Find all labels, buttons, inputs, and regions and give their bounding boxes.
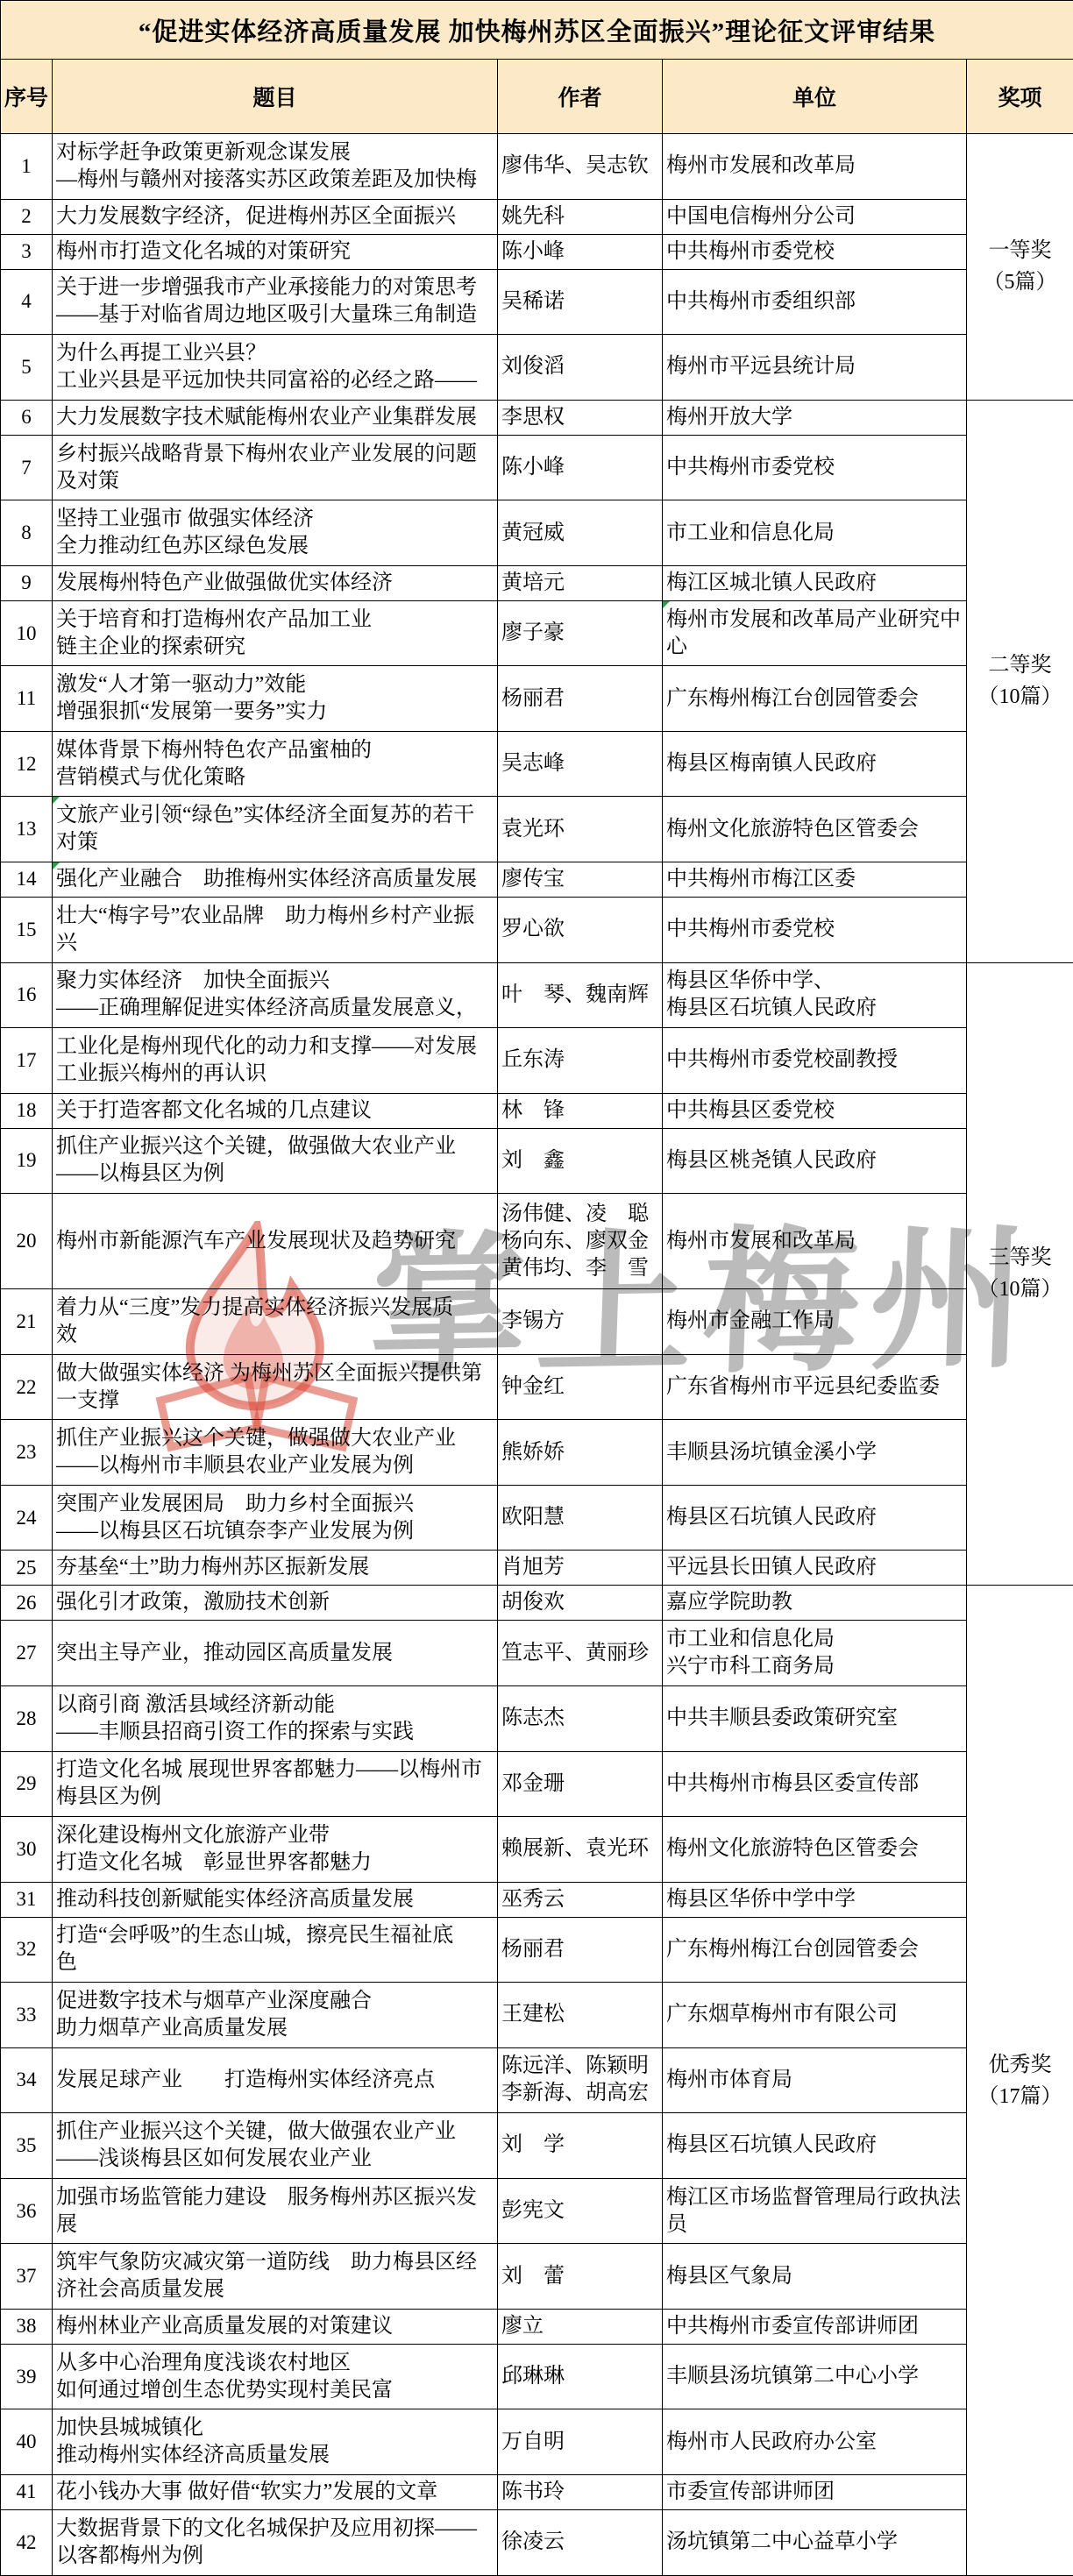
essay-title-cell: 做大做强实体经济 为梅州苏区全面振兴提供第 一支撑 xyxy=(53,1354,498,1420)
essay-title-cell: 关于培育和打造梅州农产品加工业 链主企业的探索研究 xyxy=(53,600,498,666)
author-cell: 吴志峰 xyxy=(498,731,663,797)
essay-title-cell: 突出主导产业，推动园区高质量发展 xyxy=(53,1621,498,1686)
col-header-title: 题目 xyxy=(53,60,498,134)
unit-cell: 中共梅州市委党校 xyxy=(663,234,967,269)
author-cell: 肖旭芳 xyxy=(498,1551,663,1586)
author-cell: 胡俊欢 xyxy=(498,1586,663,1621)
award-cell: 一等奖 （5篇） xyxy=(967,134,1073,401)
author-cell: 陈远洋、陈颖明 李新海、胡高宏 xyxy=(498,2047,663,2113)
table-row: 6大力发展数字技术赋能梅州农业产业集群发展李思权梅州开放大学二等奖 （10篇） xyxy=(1,400,1073,435)
award-cell: 二等奖 （10篇） xyxy=(967,400,1073,962)
author-cell: 巫秀云 xyxy=(498,1882,663,1917)
row-index-cell: 41 xyxy=(1,2474,53,2509)
unit-cell: 广东梅州梅江台创园管委会 xyxy=(663,1917,967,1983)
essay-title-cell: 以商引商 激活县域经济新动能 ——丰顺县招商引资工作的探索与实践 xyxy=(53,1685,498,1751)
unit-cell: 市委宣传部讲师团 xyxy=(663,2474,967,2509)
essay-title-cell: 乡村振兴战略背景下梅州农业产业发展的问题 及对策 xyxy=(53,435,498,500)
essay-title-cell: 强化产业融合 助推梅州实体经济高质量发展 xyxy=(53,862,498,897)
unit-cell: 广东烟草梅州市有限公司 xyxy=(663,1983,967,2048)
essay-title-cell: 激发“人才第一驱动力”效能 增强狠抓“发展第一要务”实力 xyxy=(53,666,498,732)
award-cell: 优秀奖 （17篇） xyxy=(967,1586,1073,2576)
essay-title-cell: 从多中心治理角度浅谈农村地区 如何通过增创生态优势实现村美民富 xyxy=(53,2344,498,2409)
essay-title-cell: 媒体背景下梅州特色农产品蜜柚的 营销模式与优化策略 xyxy=(53,731,498,797)
header-row: 序号 题目 作者 单位 奖项 xyxy=(1,60,1073,134)
author-cell: 徐凌云 xyxy=(498,2509,663,2575)
author-cell: 廖子豪 xyxy=(498,600,663,666)
unit-cell: 梅州市人民政府办公室 xyxy=(663,2409,967,2475)
row-index-cell: 13 xyxy=(1,797,53,862)
col-header-unit: 单位 xyxy=(663,60,967,134)
essay-title-cell: 花小钱办大事 做好借“软实力”发展的文章 xyxy=(53,2474,498,2509)
table-row: 28以商引商 激活县域经济新动能 ——丰顺县招商引资工作的探索与实践陈志杰中共丰… xyxy=(1,1685,1073,1751)
row-index-cell: 17 xyxy=(1,1028,53,1094)
essay-title-cell: 梅州林业产业高质量发展的对策建议 xyxy=(53,2309,498,2344)
author-cell: 吴稀诺 xyxy=(498,269,663,335)
row-index-cell: 18 xyxy=(1,1093,53,1128)
essay-title-cell: 打造“会呼吸”的生态山城，擦亮民生福祉底 色 xyxy=(53,1917,498,1983)
unit-cell: 梅州文化旅游特色区管委会 xyxy=(663,1817,967,1883)
row-index-cell: 16 xyxy=(1,962,53,1028)
col-header-author: 作者 xyxy=(498,60,663,134)
unit-cell: 梅州开放大学 xyxy=(663,400,967,435)
essay-title-cell: 聚力实体经济 加快全面振兴 ——正确理解促进实体经济高质量发展意义， xyxy=(53,962,498,1028)
essay-title-cell: 抓住产业振兴这个关键，做强做大农业产业 ——以梅州市丰顺县农业产业发展为例 xyxy=(53,1420,498,1486)
row-index-cell: 37 xyxy=(1,2244,53,2310)
row-index-cell: 23 xyxy=(1,1420,53,1486)
table-row: 20梅州市新能源汽车产业发展现状及趋势研究汤伟健、凌 聪 杨向东、廖双金 黄伟均… xyxy=(1,1194,1073,1289)
unit-cell: 广东梅州梅江台创园管委会 xyxy=(663,666,967,732)
table-row: 10关于培育和打造梅州农产品加工业 链主企业的探索研究廖子豪梅州市发展和改革局产… xyxy=(1,600,1073,666)
unit-cell: 梅县区梅南镇人民政府 xyxy=(663,731,967,797)
table-row: 21着力从“三度”发力提高实体经济振兴发展质 效李锡方梅州市金融工作局 xyxy=(1,1289,1073,1355)
row-index-cell: 31 xyxy=(1,1882,53,1917)
essay-title-cell: 工业化是梅州现代化的动力和支撑——对发展 工业振兴梅州的再认识 xyxy=(53,1028,498,1094)
row-index-cell: 30 xyxy=(1,1817,53,1883)
author-cell: 笪志平、黄丽珍 xyxy=(498,1621,663,1686)
unit-cell: 梅州市发展和改革局产业研究中心 xyxy=(663,600,967,666)
row-index-cell: 33 xyxy=(1,1983,53,2048)
row-index-cell: 10 xyxy=(1,600,53,666)
table-row: 13文旅产业引领“绿色”实体经济全面复苏的若干对策袁光环梅州文化旅游特色区管委会 xyxy=(1,797,1073,862)
table-row: 29打造文化名城 展现世界客都魅力——以梅州市 梅县区为例邓金珊中共梅州市梅县区… xyxy=(1,1751,1073,1817)
table-row: 42大数据背景下的文化名城保护及应用初探—— 以客都梅州为例徐凌云汤坑镇第二中心… xyxy=(1,2509,1073,2575)
table-row: 33促进数字技术与烟草产业深度融合 助力烟草产业高质量发展王建松广东烟草梅州市有… xyxy=(1,1983,1073,2048)
author-cell: 陈小峰 xyxy=(498,435,663,500)
unit-cell: 丰顺县汤坑镇金溪小学 xyxy=(663,1420,967,1486)
essay-title-cell: 为什么再提工业兴县？ 工业兴县是平远加快共同富裕的必经之路—— xyxy=(53,335,498,401)
table-row: 31推动科技创新赋能实体经济高质量发展巫秀云梅县区华侨中学中学 xyxy=(1,1882,1073,1917)
author-cell: 丘东涛 xyxy=(498,1028,663,1094)
unit-cell: 梅州市金融工作局 xyxy=(663,1289,967,1355)
author-cell: 黄冠威 xyxy=(498,500,663,566)
essay-title-cell: 发展梅州特色产业做强做优实体经济 xyxy=(53,565,498,600)
results-table: “促进实体经济高质量发展 加快梅州苏区全面振兴”理论征文评审结果 序号 题目 作… xyxy=(0,0,1073,2576)
author-cell: 欧阳慧 xyxy=(498,1485,663,1551)
author-cell: 林 锋 xyxy=(498,1093,663,1128)
essay-title-cell: 梅州市打造文化名城的对策研究 xyxy=(53,234,498,269)
essay-title-cell: 文旅产业引领“绿色”实体经济全面复苏的若干对策 xyxy=(53,797,498,862)
table-row: 32打造“会呼吸”的生态山城，擦亮民生福祉底 色杨丽君广东梅州梅江台创园管委会 xyxy=(1,1917,1073,1983)
table-row: 18关于打造客都文化名城的几点建议林 锋中共梅县区委党校 xyxy=(1,1093,1073,1128)
author-cell: 廖伟华、吴志钦 xyxy=(498,134,663,200)
title-row: “促进实体经济高质量发展 加快梅州苏区全面振兴”理论征文评审结果 xyxy=(1,1,1073,60)
essay-title-cell: 发展足球产业 打造梅州实体经济亮点 xyxy=(53,2047,498,2113)
table-row: 23抓住产业振兴这个关键，做强做大农业产业 ——以梅州市丰顺县农业产业发展为例熊… xyxy=(1,1420,1073,1486)
unit-cell: 丰顺县汤坑镇第二中心小学 xyxy=(663,2344,967,2409)
table-row: 3梅州市打造文化名城的对策研究陈小峰中共梅州市委党校 xyxy=(1,234,1073,269)
unit-cell: 梅县区华侨中学中学 xyxy=(663,1882,967,1917)
table-row: 4关于进一步增强我市产业承接能力的对策思考 ——基于对临省周边地区吸引大量珠三角… xyxy=(1,269,1073,335)
essay-title-cell: 抓住产业振兴这个关键，做强做大农业产业 ——以梅县区为例 xyxy=(53,1128,498,1194)
unit-cell: 嘉应学院助教 xyxy=(663,1586,967,1621)
row-index-cell: 15 xyxy=(1,898,53,963)
essay-title-cell: 加强市场监管能力建设 服务梅州苏区振兴发 展 xyxy=(53,2178,498,2244)
essay-title-cell: 关于打造客都文化名城的几点建议 xyxy=(53,1093,498,1128)
table-row: 14强化产业融合 助推梅州实体经济高质量发展廖传宝中共梅州市梅江区委 xyxy=(1,862,1073,897)
essay-title-cell: 打造文化名城 展现世界客都魅力——以梅州市 梅县区为例 xyxy=(53,1751,498,1817)
essay-title-cell: 深化建设梅州文化旅游产业带 打造文化名城 彰显世界客都魅力 xyxy=(53,1817,498,1883)
row-index-cell: 14 xyxy=(1,862,53,897)
cell-flag-icon xyxy=(663,601,670,608)
unit-cell: 中共梅州市委党校 xyxy=(663,435,967,500)
table-row: 19抓住产业振兴这个关键，做强做大农业产业 ——以梅县区为例刘 鑫梅县区桃尧镇人… xyxy=(1,1128,1073,1194)
award-cell: 三等奖 （10篇） xyxy=(967,962,1073,1586)
author-cell: 万自明 xyxy=(498,2409,663,2475)
unit-cell: 梅县区石坑镇人民政府 xyxy=(663,2113,967,2179)
author-cell: 钟金红 xyxy=(498,1354,663,1420)
author-cell: 邱琳琳 xyxy=(498,2344,663,2409)
author-cell: 陈小峰 xyxy=(498,234,663,269)
author-cell: 王建松 xyxy=(498,1983,663,2048)
unit-cell: 广东省梅州市平远县纪委监委 xyxy=(663,1354,967,1420)
author-cell: 杨丽君 xyxy=(498,1917,663,1983)
table-row: 17工业化是梅州现代化的动力和支撑——对发展 工业振兴梅州的再认识丘东涛中共梅州… xyxy=(1,1028,1073,1094)
essay-title-cell: 大数据背景下的文化名城保护及应用初探—— 以客都梅州为例 xyxy=(53,2509,498,2575)
unit-cell: 梅县区华侨中学、 梅县区石坑镇人民政府 xyxy=(663,962,967,1028)
essay-title-cell: 壮大“梅字号”农业品牌 助力梅州乡村产业振兴 xyxy=(53,898,498,963)
table-row: 26强化引才政策，激励技术创新胡俊欢嘉应学院助教优秀奖 （17篇） xyxy=(1,1586,1073,1621)
table-row: 22做大做强实体经济 为梅州苏区全面振兴提供第 一支撑钟金红广东省梅州市平远县纪… xyxy=(1,1354,1073,1420)
unit-cell: 中共梅州市梅县区委宣传部 xyxy=(663,1751,967,1817)
unit-cell: 中共梅州市委党校 xyxy=(663,898,967,963)
author-cell: 陈志杰 xyxy=(498,1685,663,1751)
row-index-cell: 35 xyxy=(1,2113,53,2179)
essay-title-cell: 大力发展数字经济，促进梅州苏区全面振兴 xyxy=(53,199,498,234)
essay-title-cell: 坚持工业强市 做强实体经济 全力推动红色苏区绿色发展 xyxy=(53,500,498,566)
unit-cell: 梅州市平远县统计局 xyxy=(663,335,967,401)
essay-title-cell: 筑牢气象防灾减灾第一道防线 助力梅县区经 济社会高质量发展 xyxy=(53,2244,498,2310)
author-cell: 刘 鑫 xyxy=(498,1128,663,1194)
author-cell: 杨丽君 xyxy=(498,666,663,732)
essay-title-cell: 强化引才政策，激励技术创新 xyxy=(53,1586,498,1621)
table-row: 7乡村振兴战略背景下梅州农业产业发展的问题 及对策陈小峰中共梅州市委党校 xyxy=(1,435,1073,500)
row-index-cell: 34 xyxy=(1,2047,53,2113)
author-cell: 罗心欲 xyxy=(498,898,663,963)
unit-cell: 市工业和信息化局 兴宁市科工商务局 xyxy=(663,1621,967,1686)
unit-cell: 市工业和信息化局 xyxy=(663,500,967,566)
table-row: 34发展足球产业 打造梅州实体经济亮点陈远洋、陈颖明 李新海、胡高宏梅州市体育局 xyxy=(1,2047,1073,2113)
row-index-cell: 19 xyxy=(1,1128,53,1194)
author-cell: 陈书玲 xyxy=(498,2474,663,2509)
row-index-cell: 7 xyxy=(1,435,53,500)
unit-cell: 梅州市发展和改革局 xyxy=(663,1194,967,1289)
unit-cell: 中共梅州市委宣传部讲师团 xyxy=(663,2309,967,2344)
author-cell: 李思权 xyxy=(498,400,663,435)
unit-cell: 中共梅州市委党校副教授 xyxy=(663,1028,967,1094)
unit-cell: 汤坑镇第二中心益草小学 xyxy=(663,2509,967,2575)
table-row: 39从多中心治理角度浅谈农村地区 如何通过增创生态优势实现村美民富邱琳琳丰顺县汤… xyxy=(1,2344,1073,2409)
table-row: 36加强市场监管能力建设 服务梅州苏区振兴发 展彭宪文梅江区市场监督管理局行政执… xyxy=(1,2178,1073,2244)
author-cell: 姚先科 xyxy=(498,199,663,234)
author-cell: 廖立 xyxy=(498,2309,663,2344)
row-index-cell: 11 xyxy=(1,666,53,732)
unit-cell: 中共梅县区委党校 xyxy=(663,1093,967,1128)
author-cell: 黄培元 xyxy=(498,565,663,600)
row-index-cell: 12 xyxy=(1,731,53,797)
row-index-cell: 3 xyxy=(1,234,53,269)
author-cell: 叶 琴、魏南辉 xyxy=(498,962,663,1028)
table-row: 11激发“人才第一驱动力”效能 增强狠抓“发展第一要务”实力杨丽君广东梅州梅江台… xyxy=(1,666,1073,732)
author-cell: 刘 蕾 xyxy=(498,2244,663,2310)
cell-flag-icon xyxy=(53,797,60,804)
unit-cell: 中共梅州市梅江区委 xyxy=(663,862,967,897)
row-index-cell: 36 xyxy=(1,2178,53,2244)
page-title: “促进实体经济高质量发展 加快梅州苏区全面振兴”理论征文评审结果 xyxy=(1,1,1073,60)
row-index-cell: 25 xyxy=(1,1551,53,1586)
row-index-cell: 42 xyxy=(1,2509,53,2575)
row-index-cell: 27 xyxy=(1,1621,53,1686)
table-row: 8坚持工业强市 做强实体经济 全力推动红色苏区绿色发展黄冠威市工业和信息化局 xyxy=(1,500,1073,566)
essay-title-cell: 夯基垒“土”助力梅州苏区振新发展 xyxy=(53,1551,498,1586)
essay-title-cell: 推动科技创新赋能实体经济高质量发展 xyxy=(53,1882,498,1917)
row-index-cell: 21 xyxy=(1,1289,53,1355)
unit-cell: 中共丰顺县委政策研究室 xyxy=(663,1685,967,1751)
unit-cell: 梅州市发展和改革局 xyxy=(663,134,967,200)
table-row: 40加快县城城镇化 推动梅州实体经济高质量发展万自明梅州市人民政府办公室 xyxy=(1,2409,1073,2475)
table-row: 37筑牢气象防灾减灾第一道防线 助力梅县区经 济社会高质量发展刘 蕾梅县区气象局 xyxy=(1,2244,1073,2310)
table-row: 24突围产业发展困局 助力乡村全面振兴 ——以梅县区石坑镇奈李产业发展为例欧阳慧… xyxy=(1,1485,1073,1551)
author-cell: 汤伟健、凌 聪 杨向东、廖双金 黄伟均、李 雪 xyxy=(498,1194,663,1289)
row-index-cell: 1 xyxy=(1,134,53,200)
author-cell: 廖传宝 xyxy=(498,862,663,897)
essay-title-cell: 大力发展数字技术赋能梅州农业产业集群发展 xyxy=(53,400,498,435)
essay-title-cell: 抓住产业振兴这个关键，做大做强农业产业 ——浅谈梅县区如何发展农业产业 xyxy=(53,2113,498,2179)
row-index-cell: 20 xyxy=(1,1194,53,1289)
row-index-cell: 39 xyxy=(1,2344,53,2409)
author-cell: 赖展新、袁光环 xyxy=(498,1817,663,1883)
table-row: 12媒体背景下梅州特色农产品蜜柚的 营销模式与优化策略吴志峰梅县区梅南镇人民政府 xyxy=(1,731,1073,797)
author-cell: 邓金珊 xyxy=(498,1751,663,1817)
unit-cell: 梅县区石坑镇人民政府 xyxy=(663,1485,967,1551)
author-cell: 刘俊滔 xyxy=(498,335,663,401)
row-index-cell: 29 xyxy=(1,1751,53,1817)
table-row: 9发展梅州特色产业做强做优实体经济黄培元梅江区城北镇人民政府 xyxy=(1,565,1073,600)
col-header-award: 奖项 xyxy=(967,60,1073,134)
author-cell: 熊娇娇 xyxy=(498,1420,663,1486)
author-cell: 刘 学 xyxy=(498,2113,663,2179)
table-row: 15壮大“梅字号”农业品牌 助力梅州乡村产业振兴罗心欲中共梅州市委党校 xyxy=(1,898,1073,963)
row-index-cell: 40 xyxy=(1,2409,53,2475)
table-row: 35抓住产业振兴这个关键，做大做强农业产业 ——浅谈梅县区如何发展农业产业刘 学… xyxy=(1,2113,1073,2179)
author-cell: 彭宪文 xyxy=(498,2178,663,2244)
essay-title-cell: 对标学赶争政策更新观念谋发展 —梅州与赣州对接落实苏区政策差距及加快梅 xyxy=(53,134,498,200)
row-index-cell: 2 xyxy=(1,199,53,234)
row-index-cell: 22 xyxy=(1,1354,53,1420)
author-cell: 李锡方 xyxy=(498,1289,663,1355)
table-row: 41花小钱办大事 做好借“软实力”发展的文章陈书玲市委宣传部讲师团 xyxy=(1,2474,1073,2509)
unit-cell: 平远县长田镇人民政府 xyxy=(663,1551,967,1586)
table-row: 16聚力实体经济 加快全面振兴 ——正确理解促进实体经济高质量发展意义，叶 琴、… xyxy=(1,962,1073,1028)
unit-cell: 梅州文化旅游特色区管委会 xyxy=(663,797,967,862)
table-body: 1对标学赶争政策更新观念谋发展 —梅州与赣州对接落实苏区政策差距及加快梅廖伟华、… xyxy=(1,134,1073,2576)
unit-cell: 梅县区桃尧镇人民政府 xyxy=(663,1128,967,1194)
unit-cell: 中共梅州市委组织部 xyxy=(663,269,967,335)
row-index-cell: 8 xyxy=(1,500,53,566)
essay-title-cell: 关于进一步增强我市产业承接能力的对策思考 ——基于对临省周边地区吸引大量珠三角制… xyxy=(53,269,498,335)
table-row: 38梅州林业产业高质量发展的对策建议廖立中共梅州市委宣传部讲师团 xyxy=(1,2309,1073,2344)
essay-title-cell: 促进数字技术与烟草产业深度融合 助力烟草产业高质量发展 xyxy=(53,1983,498,2048)
row-index-cell: 38 xyxy=(1,2309,53,2344)
row-index-cell: 5 xyxy=(1,335,53,401)
essay-title-cell: 突围产业发展困局 助力乡村全面振兴 ——以梅县区石坑镇奈李产业发展为例 xyxy=(53,1485,498,1551)
essay-title-cell: 着力从“三度”发力提高实体经济振兴发展质 效 xyxy=(53,1289,498,1355)
unit-cell: 梅县区气象局 xyxy=(663,2244,967,2310)
essay-title-cell: 加快县城城镇化 推动梅州实体经济高质量发展 xyxy=(53,2409,498,2475)
table-row: 5为什么再提工业兴县？ 工业兴县是平远加快共同富裕的必经之路——刘俊滔梅州市平远… xyxy=(1,335,1073,401)
unit-cell: 梅州市体育局 xyxy=(663,2047,967,2113)
unit-cell: 梅江区市场监督管理局行政执法员 xyxy=(663,2178,967,2244)
table-row: 27突出主导产业，推动园区高质量发展笪志平、黄丽珍市工业和信息化局 兴宁市科工商… xyxy=(1,1621,1073,1686)
row-index-cell: 4 xyxy=(1,269,53,335)
table-row: 30深化建设梅州文化旅游产业带 打造文化名城 彰显世界客都魅力赖展新、袁光环梅州… xyxy=(1,1817,1073,1883)
unit-cell: 中国电信梅州分公司 xyxy=(663,199,967,234)
row-index-cell: 6 xyxy=(1,400,53,435)
cell-flag-icon xyxy=(53,862,60,869)
table-row: 25夯基垒“土”助力梅州苏区振新发展肖旭芳平远县长田镇人民政府 xyxy=(1,1551,1073,1586)
row-index-cell: 24 xyxy=(1,1485,53,1551)
row-index-cell: 32 xyxy=(1,1917,53,1983)
row-index-cell: 9 xyxy=(1,565,53,600)
col-header-index: 序号 xyxy=(1,60,53,134)
table-row: 2大力发展数字经济，促进梅州苏区全面振兴姚先科中国电信梅州分公司 xyxy=(1,199,1073,234)
essay-title-cell: 梅州市新能源汽车产业发展现状及趋势研究 xyxy=(53,1194,498,1289)
unit-cell: 梅江区城北镇人民政府 xyxy=(663,565,967,600)
row-index-cell: 28 xyxy=(1,1685,53,1751)
table-row: 1对标学赶争政策更新观念谋发展 —梅州与赣州对接落实苏区政策差距及加快梅廖伟华、… xyxy=(1,134,1073,200)
author-cell: 袁光环 xyxy=(498,797,663,862)
row-index-cell: 26 xyxy=(1,1586,53,1621)
